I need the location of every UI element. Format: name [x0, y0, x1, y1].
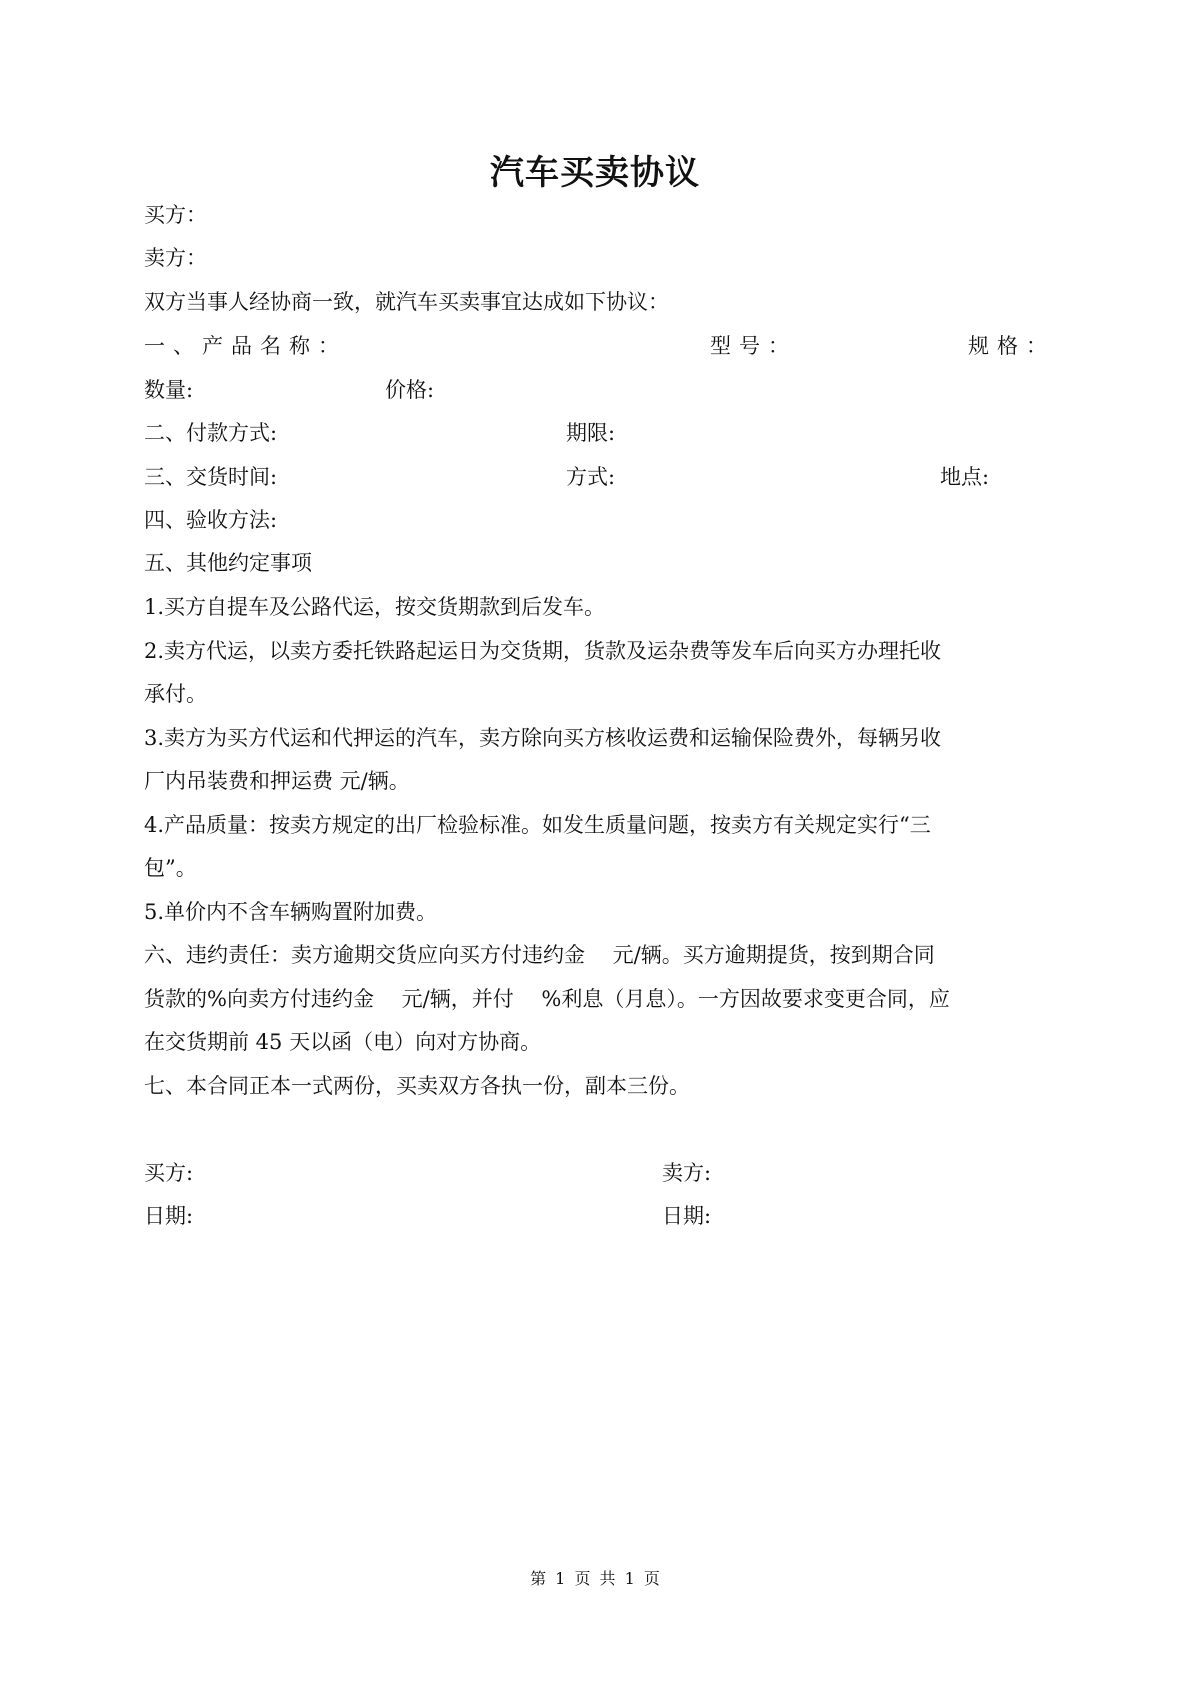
term-item-4: 4.产品质量：按卖方规定的出厂检验标准。如发生质量问题，按卖方有关规定实行“三 — [144, 810, 931, 840]
term-item-3-cont: 厂内吊装费和押运费 元/辆。 — [144, 766, 410, 796]
buyer-signature: 买方: — [144, 1158, 193, 1188]
page-number-footer: 第 1 页 共 1 页 — [0, 1568, 1190, 1590]
delivery-location-field: 地点: — [940, 462, 989, 492]
term-item-4-cont: 包”。 — [144, 853, 197, 883]
intro-text: 双方当事人经协商一致，就汽车买卖事宜达成如下协议： — [144, 287, 669, 317]
term-item-2-cont: 承付。 — [144, 679, 207, 709]
delivery-time-field: 三、交货时间: — [144, 462, 277, 492]
payment-method-field: 二、付款方式: — [144, 418, 277, 448]
document-page: 汽车买卖协议 买方： 卖方： 双方当事人经协商一致，就汽车买卖事宜达成如下协议：… — [0, 0, 1190, 1683]
seller-date: 日期: — [662, 1201, 711, 1231]
price-field: 价格: — [385, 375, 434, 405]
buyer-field: 买方： — [144, 200, 207, 230]
quantity-field: 数量: — [144, 375, 193, 405]
term-item-5: 5.单价内不含车辆购置附加费。 — [144, 897, 437, 927]
liability-line-2: 货款的%向卖方付违约金 元/辆，并付 %利息（月息）。一方因故要求变更合同，应 — [144, 984, 950, 1014]
liability-line-1: 六、违约责任：卖方逾期交货应向买方付违约金 元/辆。买方逾期提货，按到期合同 — [144, 940, 935, 970]
term-item-3: 3.卖方为买方代运和代押运的汽车，卖方除向买方核收运费和运输保险费外，每辆另收 — [144, 723, 941, 753]
liability-line-3: 在交货期前 45 天以函（电）向对方协商。 — [144, 1027, 541, 1057]
product-name-field: 一、产品名称： — [144, 331, 347, 361]
copies-clause: 七、本合同正本一式两份，买卖双方各执一份，副本三份。 — [144, 1071, 690, 1101]
model-field: 型号： — [710, 331, 797, 361]
buyer-date: 日期: — [144, 1201, 193, 1231]
seller-field: 卖方： — [144, 243, 207, 273]
term-item-2: 2.卖方代运，以卖方委托铁路起运日为交货期，货款及运杂费等发车后向买方办理托收 — [144, 636, 941, 666]
payment-term-field: 期限: — [566, 418, 615, 448]
seller-signature: 卖方: — [662, 1158, 711, 1188]
delivery-method-field: 方式: — [566, 462, 615, 492]
document-title: 汽车买卖协议 — [0, 150, 1190, 196]
term-item-1: 1.买方自提车及公路代运，按交货期款到后发车。 — [144, 592, 605, 622]
acceptance-method-field: 四、验收方法: — [144, 505, 277, 535]
spec-field: 规格： — [968, 331, 1055, 361]
other-terms-heading: 五、其他约定事项 — [144, 548, 312, 578]
